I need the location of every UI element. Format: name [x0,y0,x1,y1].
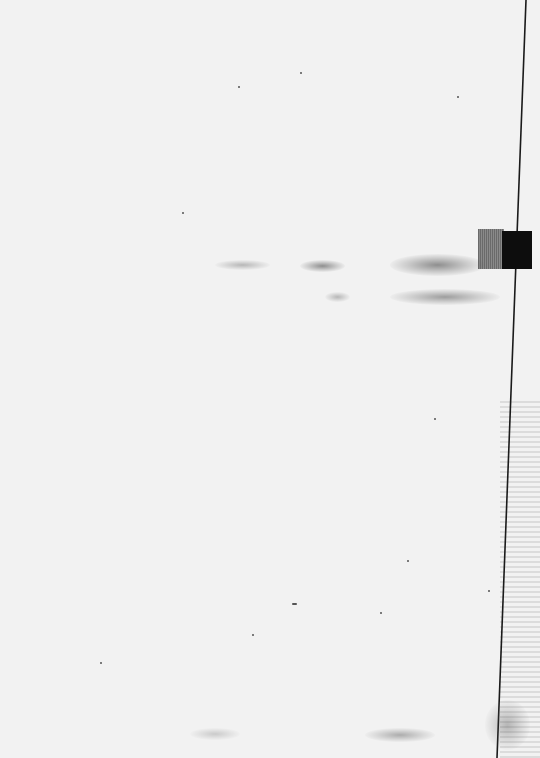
ink-smudge [300,260,345,272]
ink-smudge [325,292,350,302]
speck [238,86,240,88]
marker-black-part [502,231,532,269]
scan-marker-block [478,229,532,270]
speck [252,634,254,636]
speck [488,590,490,592]
ink-smudge [190,728,240,740]
ink-smudge [365,728,435,742]
ink-smudge [485,700,530,750]
ink-smudge [215,260,270,270]
margin-line [0,0,540,758]
scanned-page [0,0,540,758]
speck [100,662,102,664]
ink-smudge [390,254,485,276]
speck [292,603,297,605]
speck [434,418,436,420]
ink-smudge [390,289,500,305]
speck [407,560,409,562]
speck [182,212,184,214]
speck [457,96,459,98]
speck [300,72,302,74]
speck [380,612,382,614]
